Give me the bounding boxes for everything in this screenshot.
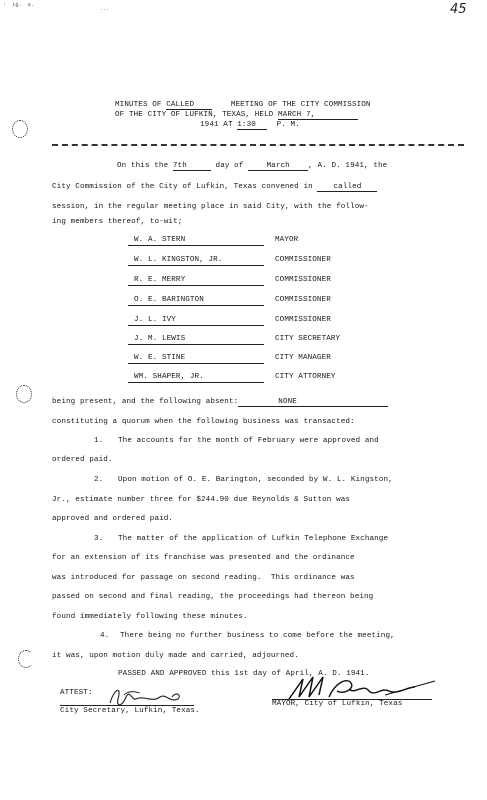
item-2-line: approved and ordered paid. <box>52 515 173 523</box>
member-title: COMMISSIONER <box>275 256 331 265</box>
item-4-number: 4. <box>100 632 109 640</box>
held-date-field: MARCH 7, <box>278 111 358 120</box>
item-4-line: There being no further business to come … <box>120 632 395 640</box>
member-row: R. E. MERRY COMMISSIONER <box>128 276 428 288</box>
member-title: CITY MANAGER <box>275 354 331 363</box>
member-name: W. E. STINE <box>128 354 264 364</box>
member-name: J. L. IVY <box>128 316 264 326</box>
held-time-field: 1:30 <box>237 121 267 130</box>
attest-label: ATTEST: <box>60 689 93 697</box>
member-row: J. M. LEWIS CITY SECRETARY <box>128 335 428 347</box>
member-row: O. E. BARINGTON COMMISSIONER <box>128 296 428 308</box>
item-3-line: The matter of the application of Lufkin … <box>118 535 388 543</box>
member-title: MAYOR <box>275 236 298 245</box>
header-line-1: MINUTES OF CALLED MEETING OF THE CITY CO… <box>115 101 371 110</box>
member-row: W. L. KINGSTON, JR. COMMISSIONER <box>128 256 428 268</box>
header-text: 1941 AT <box>200 121 237 129</box>
header-text: P. M. <box>267 121 300 129</box>
opening-line-1: On this the 7th day of March, A. D. 1941… <box>117 162 387 171</box>
scan-mark: : ig. a. <box>3 2 34 8</box>
opening-line-3: session, in the regular meeting place in… <box>52 203 369 211</box>
item-3-number: 3. <box>94 535 103 543</box>
member-row: W. E. STINE CITY MANAGER <box>128 354 428 366</box>
item-2-line: Jr., estimate number three for $244.90 d… <box>52 496 350 504</box>
item-3-line: passed on second and final reading, the … <box>52 593 373 601</box>
member-title: COMMISSIONER <box>275 316 331 325</box>
opening-text: City Commission of the City of Lufkin, T… <box>52 183 317 191</box>
member-title: CITY ATTORNEY <box>275 373 336 382</box>
opening-line-2: City Commission of the City of Lufkin, T… <box>52 183 377 192</box>
secretary-caption: City Secretary, Lufkin, Texas. <box>60 707 200 715</box>
item-4-line: it was, upon motion duly made and carrie… <box>52 652 299 660</box>
item-3-line: for an extension of its franchise was pr… <box>52 554 355 562</box>
item-2-number: 2. <box>94 476 103 484</box>
opening-text: , A. D. 1941, the <box>308 162 387 170</box>
item-2-line: Upon motion of O. E. Barington, seconded… <box>118 476 393 484</box>
month-field: March <box>248 162 308 171</box>
item-3-line: was introduced for passage on second rea… <box>52 574 355 582</box>
scan-mark: ... <box>100 6 109 12</box>
item-1-line: The accounts for the month of February w… <box>118 437 379 445</box>
member-title: COMMISSIONER <box>275 276 331 285</box>
member-name: O. E. BARINGTON <box>128 296 264 306</box>
opening-line-4: ing members thereof, to-wit; <box>52 218 182 226</box>
dashed-divider <box>52 144 464 148</box>
opening-text: On this the <box>117 162 173 170</box>
secretary-signature-line <box>60 705 194 706</box>
member-title: COMMISSIONER <box>275 296 331 305</box>
meeting-type-field: CALLED <box>166 101 212 110</box>
member-name: W. L. KINGSTON, JR. <box>128 256 264 266</box>
member-title: CITY SECRETARY <box>275 335 340 344</box>
mayor-caption: MAYOR, City of Lufkin, Texas <box>272 700 402 708</box>
header-line-2: OF THE CITY OF LUFKIN, TEXAS, HELD MARCH… <box>115 111 358 120</box>
member-name: WM. SHAPER, JR. <box>128 373 264 383</box>
day-field: 7th <box>173 162 211 171</box>
header-text: MEETING OF THE CITY COMMISSION <box>212 101 370 109</box>
session-type-field: called <box>317 183 377 192</box>
header-text: OF THE CITY OF LUFKIN, TEXAS, HELD <box>115 111 278 119</box>
attendance-text: being present, and the following absent: <box>52 398 238 406</box>
punch-hole-icon <box>16 385 32 403</box>
opening-text: day of <box>211 162 248 170</box>
punch-hole-icon <box>12 120 28 138</box>
attendance-line-2: constituting a quorum when the following… <box>52 418 355 426</box>
item-1-line: ordered paid. <box>52 456 113 464</box>
member-name: R. E. MERRY <box>128 276 264 286</box>
item-1-number: 1. <box>94 437 103 445</box>
member-row: J. L. IVY COMMISSIONER <box>128 316 428 328</box>
header-line-3: 1941 AT 1:30 P. M. <box>200 121 300 130</box>
member-name: W. A. STERN <box>128 236 264 246</box>
absent-field: NONE <box>238 398 388 407</box>
attendance-line-1: being present, and the following absent:… <box>52 398 388 407</box>
member-name: J. M. LEWIS <box>128 335 264 345</box>
header-text: MINUTES OF <box>115 101 166 109</box>
punch-hole-icon <box>18 650 34 668</box>
item-3-line: found immediately following these minute… <box>52 613 248 621</box>
member-row: W. A. STERN MAYOR <box>128 236 428 248</box>
page-number: 45 <box>450 2 467 17</box>
member-row: WM. SHAPER, JR. CITY ATTORNEY <box>128 373 428 385</box>
